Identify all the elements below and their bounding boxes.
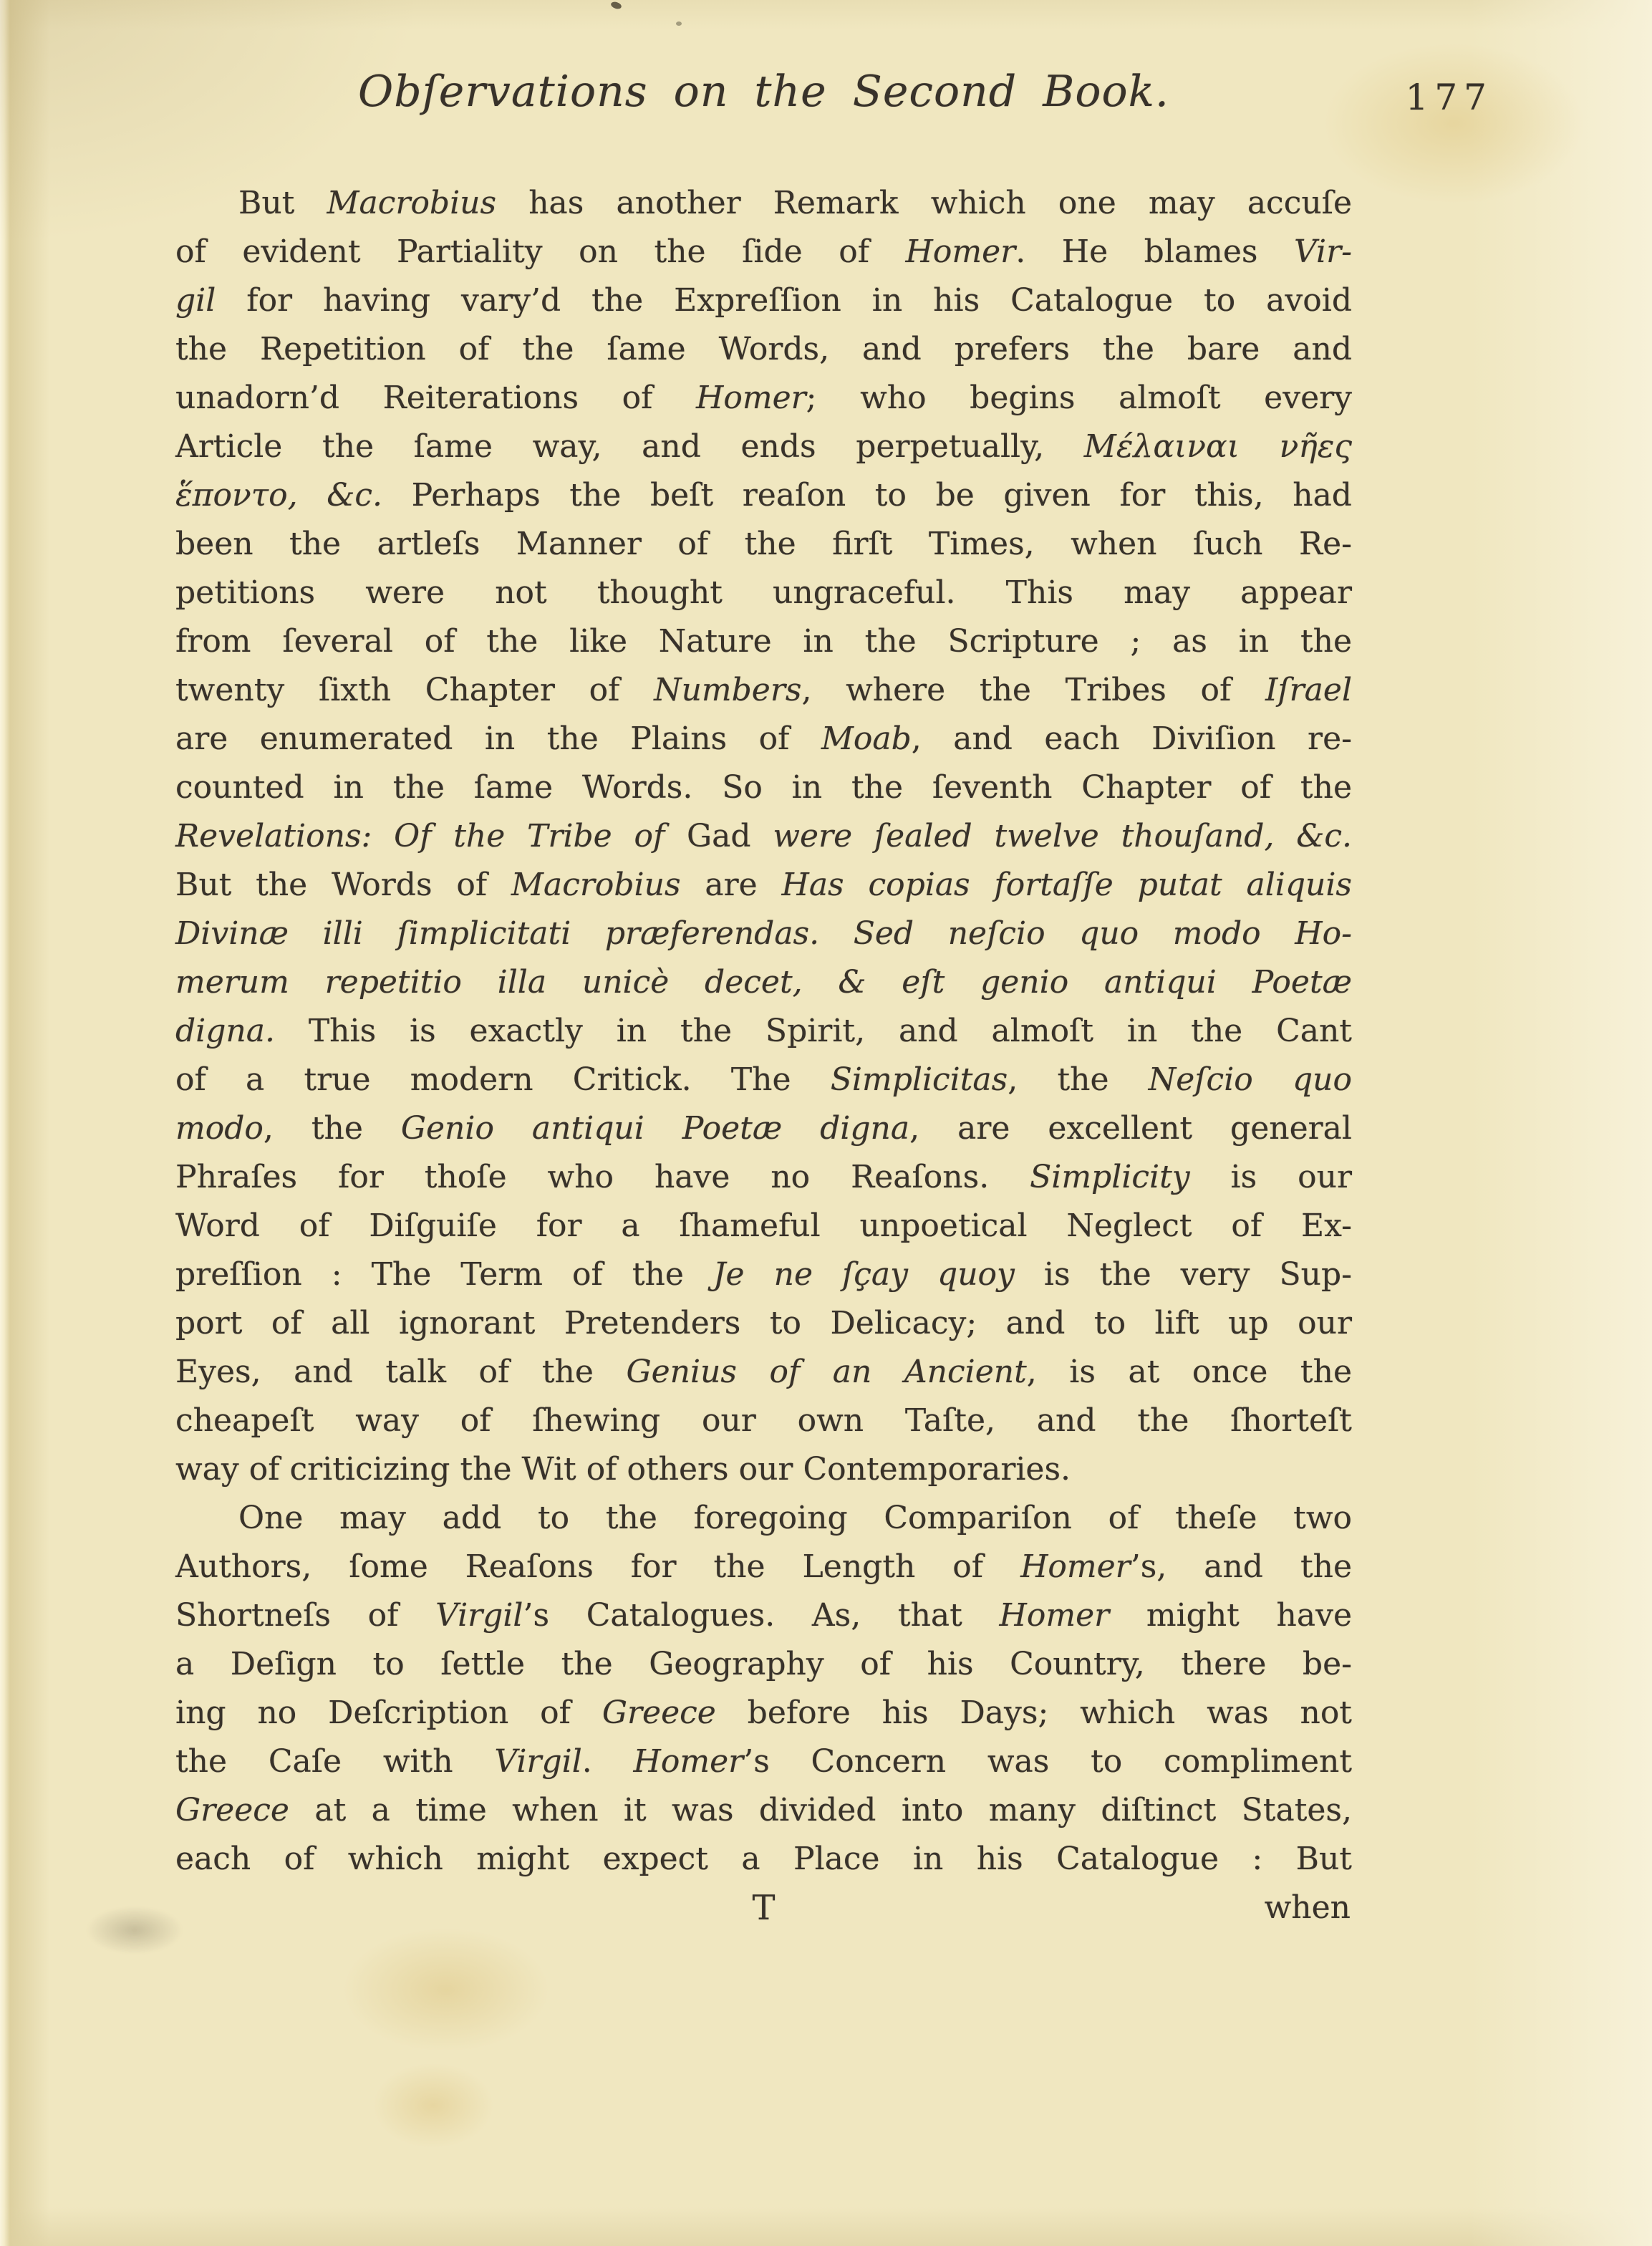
text-segment: . — [582, 1743, 634, 1780]
text-segment: before his Days; which was not — [716, 1695, 1352, 1731]
text-segment: Je ne ſçay quoy — [713, 1256, 1015, 1293]
text-segment: of evident Partiality on the ſide of — [175, 233, 906, 270]
text-segment: ’s Concern was to compliment — [743, 1743, 1352, 1780]
text-segment: Greece — [602, 1695, 716, 1731]
text-line: the Repetition of the ſame Words, and pr… — [175, 325, 1352, 374]
text-line: counted in the ſame Words. So in the ſev… — [175, 763, 1352, 812]
text-line: twenty ſixth Chapter of Numbers, where t… — [175, 666, 1352, 715]
text-segment: ’s Catalogues. As, that — [523, 1597, 999, 1634]
text-segment: way of criticizing the Wit of others our… — [175, 1451, 1071, 1488]
page-footer: T when — [175, 1884, 1352, 1932]
text-line: Shortneſs of Virgil’s Catalogues. As, th… — [175, 1591, 1352, 1640]
text-line: port of all ignorant Pretenders to Delic… — [175, 1299, 1352, 1348]
text-segment: &c. — [327, 477, 382, 514]
paper-stain — [372, 2063, 494, 2149]
text-segment: , and each Diviſion re- — [912, 720, 1352, 757]
text-segment: are — [681, 867, 782, 903]
text-line: ἕποντο, &c. Perhaps the beſt reaſon to b… — [175, 471, 1352, 520]
text-segment: a Deſign to ſettle the Geography of his … — [175, 1646, 1352, 1682]
text-line: Eyes, and talk of the Genius of an Ancie… — [175, 1348, 1352, 1397]
text-segment: each of which might expect a Place in hi… — [175, 1841, 1352, 1877]
text-segment: twenty ſixth Chapter of — [175, 672, 654, 708]
text-segment: has another Remark which one may accuſe — [496, 185, 1352, 221]
text-segment: petitions were not thought ungraceful. T… — [175, 574, 1352, 611]
book-page: Obſervations on the Second Book. 177 But… — [0, 0, 1652, 2246]
text-segment: digna. — [175, 1013, 275, 1049]
text-line: ing no Deſcription of Greece before his … — [175, 1689, 1352, 1737]
text-segment: , the — [264, 1110, 401, 1147]
ink-speck — [676, 21, 682, 26]
text-segment: Homer — [634, 1743, 744, 1780]
text-segment: ’s, and the — [1131, 1548, 1352, 1585]
text-segment: But the Words of — [175, 867, 511, 903]
text-line: But Macrobius has another Remark which o… — [175, 179, 1352, 228]
text-segment: Has copias fortaſſe putat aliquis — [781, 867, 1352, 903]
text-line: modo, the Genio antiqui Poetæ digna, are… — [175, 1104, 1352, 1153]
text-segment: is our — [1190, 1159, 1352, 1195]
text-segment: port of all ignorant Pretenders to Delic… — [175, 1305, 1352, 1341]
text-segment: for having vary’d the Expreſſion in his … — [216, 282, 1352, 319]
text-line: from ſeveral of the like Nature in the S… — [175, 617, 1352, 666]
text-segment: might have — [1109, 1597, 1352, 1634]
text-segment: Gad — [687, 818, 773, 854]
text-segment: Virgil — [494, 1743, 581, 1780]
text-segment: ing no Deſcription of — [175, 1695, 602, 1731]
text-line: are enumerated in the Plains of Moab, an… — [175, 715, 1352, 763]
text-segment: at a time when it was divided into many … — [289, 1792, 1352, 1828]
text-segment: from ſeveral of the like Nature in the S… — [175, 623, 1352, 660]
ink-speck — [610, 1, 622, 10]
greek-text-segment: Μέλαιναι νῆες — [1084, 428, 1352, 465]
page-number: 177 — [1406, 69, 1493, 126]
text-segment: gil — [175, 282, 216, 319]
text-line: Divinæ illi ſimplicitati præferendas. Se… — [175, 910, 1352, 958]
text-segment: of a true modern Critick. The — [175, 1061, 831, 1098]
text-segment: Simplicity — [1030, 1159, 1190, 1195]
text-line: of evident Partiality on the ſide of Hom… — [175, 228, 1352, 276]
text-segment: Greece — [175, 1792, 289, 1828]
text-line: of a true modern Critick. The Simplicita… — [175, 1056, 1352, 1104]
text-line: merum repetitio illa unicè decet, & eſt … — [175, 958, 1352, 1007]
text-segment: Virgil — [435, 1597, 523, 1634]
text-line: way of criticizing the Wit of others our… — [175, 1445, 1352, 1494]
pencil-smudge — [84, 1905, 185, 1955]
text-line: Phraſes for thoſe who have no Reaſons. S… — [175, 1153, 1352, 1202]
text-segment: , is at once the — [1027, 1354, 1352, 1390]
page-header: Obſervations on the Second Book. — [175, 63, 1352, 120]
text-segment: Eyes, and talk of the — [175, 1354, 626, 1390]
greek-text-segment: ἕποντο, — [175, 477, 298, 514]
text-segment: Homer — [1000, 1597, 1110, 1634]
text-segment: Numbers — [654, 672, 801, 708]
text-segment: ; who begins almoſt every — [806, 380, 1352, 416]
text-line: digna. This is exactly in the Spirit, an… — [175, 1007, 1352, 1056]
text-line: unadorn’d Reiterations of Homer; who beg… — [175, 374, 1352, 423]
text-segment: One may add to the foregoing Compariſon … — [238, 1500, 1352, 1536]
text-segment: Perhaps the beſt reaſon to be given for … — [382, 477, 1352, 514]
text-segment: , where the Tribes of — [801, 672, 1265, 708]
signature-mark: T — [752, 1884, 775, 1932]
text-line: preſſion : The Term of the Je ne ſçay qu… — [175, 1250, 1352, 1299]
text-segment: Authors, ſome Reaſons for the Length of — [175, 1548, 1020, 1585]
text-segment: Word of Diſguiſe for a ſhameful unpoetic… — [175, 1208, 1352, 1244]
text-segment: merum repetitio illa unicè decet, & eſt … — [175, 964, 1352, 1001]
text-segment: cheapeſt way of ſhewing our own Taſte, a… — [175, 1402, 1352, 1439]
text-segment: Genio antiqui Poetæ digna — [401, 1110, 909, 1147]
text-segment: unadorn’d Reiterations of — [175, 380, 696, 416]
text-segment: Homer — [906, 233, 1016, 270]
text-line: the Caſe with Virgil. Homer’s Concern wa… — [175, 1737, 1352, 1786]
text-block: But Macrobius has another Remark which o… — [175, 179, 1352, 1884]
text-segment: Vir- — [1294, 233, 1352, 270]
text-segment: This is exactly in the Spirit, and almoſ… — [275, 1013, 1352, 1049]
text-segment: Macrobius — [327, 185, 496, 221]
text-segment: Divinæ illi ſimplicitati præferendas. Se… — [175, 915, 1352, 952]
text-segment: Shortneſs of — [175, 1597, 435, 1634]
text-line: Greece at a time when it was divided int… — [175, 1786, 1352, 1835]
text-segment: . He blames — [1015, 233, 1294, 270]
text-line: a Deſign to ſettle the Geography of his … — [175, 1640, 1352, 1689]
paragraph: One may add to the foregoing Compariſon … — [175, 1494, 1352, 1884]
text-line: One may add to the foregoing Compariſon … — [175, 1494, 1352, 1543]
text-segment: Genius of an Ancient — [626, 1354, 1026, 1390]
text-segment: , are excellent general — [909, 1110, 1352, 1147]
catchword: when — [1265, 1884, 1351, 1932]
text-segment: preſſion : The Term of the — [175, 1256, 713, 1293]
text-segment: are enumerated in the Plains of — [175, 720, 821, 757]
paragraph: But Macrobius has another Remark which o… — [175, 179, 1352, 1494]
text-segment: Homer — [1020, 1548, 1131, 1585]
text-line: cheapeſt way of ſhewing our own Taſte, a… — [175, 1397, 1352, 1445]
text-segment — [298, 477, 327, 514]
text-segment: the Repetition of the ſame Words, and pr… — [175, 331, 1352, 367]
text-segment: Revelations: Of the Tribe of — [175, 818, 687, 854]
text-segment: is the very Sup- — [1015, 1256, 1352, 1293]
text-segment: Moab — [821, 720, 912, 757]
text-segment: Article the ſame way, and ends perpetual… — [175, 428, 1084, 465]
text-segment: Macrobius — [511, 867, 681, 903]
text-segment: modo — [175, 1110, 264, 1147]
text-line: Revelations: Of the Tribe of Gad were ſe… — [175, 812, 1352, 861]
text-line: gil for having vary’d the Expreſſion in … — [175, 276, 1352, 325]
text-segment: Iſrael — [1265, 672, 1352, 708]
text-line: But the Words of Macrobius are Has copia… — [175, 861, 1352, 910]
text-segment: were ſealed twelve thouſand, &c. — [773, 818, 1352, 854]
text-segment: But — [238, 185, 327, 221]
text-line: each of which might expect a Place in hi… — [175, 1835, 1352, 1884]
running-title: Obſervations on the Second Book. — [358, 67, 1169, 117]
text-line: been the artleſs Manner of the firſt Tim… — [175, 520, 1352, 569]
text-line: Article the ſame way, and ends perpetual… — [175, 423, 1352, 471]
text-line: Word of Diſguiſe for a ſhameful unpoetic… — [175, 1202, 1352, 1250]
text-segment: been the artleſs Manner of the firſt Tim… — [175, 526, 1352, 562]
text-segment: the Caſe with — [175, 1743, 494, 1780]
text-segment: counted in the ſame Words. So in the ſev… — [175, 769, 1352, 806]
text-segment: Neſcio quo — [1149, 1061, 1352, 1098]
text-segment: Phraſes for thoſe who have no Reaſons. — [175, 1159, 1030, 1195]
text-segment: Simplicitas — [831, 1061, 1008, 1098]
text-line: petitions were not thought ungraceful. T… — [175, 569, 1352, 617]
text-line: Authors, ſome Reaſons for the Length of … — [175, 1543, 1352, 1591]
text-segment: , the — [1008, 1061, 1149, 1098]
text-segment: Homer — [696, 380, 806, 416]
